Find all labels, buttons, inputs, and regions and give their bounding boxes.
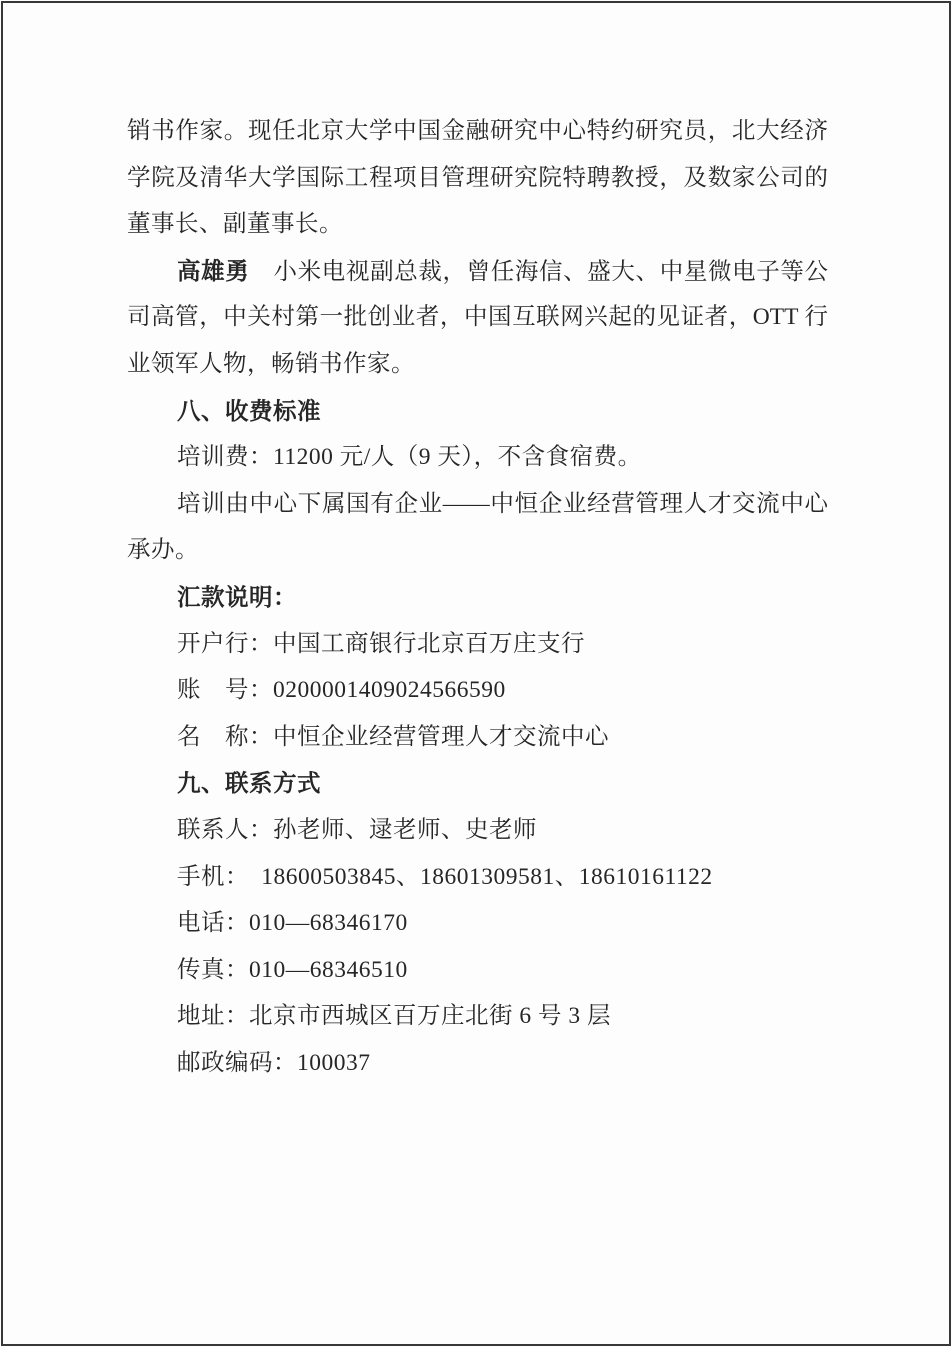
- text-segment: 培训由中心下属国有企业——中恒企业经营管理人才交流中心: [177, 491, 828, 517]
- text-segment: 联系人：孙老师、逯老师、史老师: [177, 817, 537, 843]
- text-line: 邮政编码：100037: [127, 1040, 828, 1087]
- text-line: 高雄勇 小米电视副总裁，曾任海信、盛大、中星微电子等公: [127, 248, 828, 295]
- bold-text-segment: 高雄勇: [177, 258, 249, 284]
- text-line: 汇款说明：: [127, 574, 828, 621]
- text-line: 销书作家。现任北京大学中国金融研究中心特约研究员，北大经济: [127, 108, 828, 155]
- text-segment: 传真：010—68346510: [177, 957, 408, 983]
- text-segment: 销书作家。现任北京大学中国金融研究中心特约研究员，北大经济: [127, 118, 828, 144]
- text-line: 联系人：孙老师、逯老师、史老师: [127, 807, 828, 854]
- text-segment: 董事长、副董事长。: [127, 211, 343, 237]
- text-segment: 司高管，中关村第一批创业者，中国互联网兴起的见证者，OTT 行: [127, 304, 828, 330]
- document-body-text: 销书作家。现任北京大学中国金融研究中心特约研究员，北大经济学院及清华大学国际工程…: [127, 108, 828, 1086]
- text-line: 培训由中心下属国有企业——中恒企业经营管理人才交流中心: [127, 481, 828, 528]
- text-line: 名 称：中恒企业经营管理人才交流中心: [127, 714, 828, 761]
- text-line: 传真：010—68346510: [127, 947, 828, 994]
- text-segment: 地址：北京市西城区百万庄北街 6 号 3 层: [177, 1003, 611, 1029]
- document-page: 销书作家。现任北京大学中国金融研究中心特约研究员，北大经济学院及清华大学国际工程…: [0, 0, 952, 1347]
- text-segment: 承办。: [127, 537, 199, 563]
- text-line: 业领军人物，畅销书作家。: [127, 341, 828, 388]
- text-line: 培训费：11200 元/人（9 天），不含食宿费。: [127, 434, 828, 481]
- text-line: 电话：010—68346170: [127, 900, 828, 947]
- text-segment: 业领军人物，畅销书作家。: [127, 351, 415, 377]
- text-line: 八、收费标准: [127, 388, 828, 435]
- bold-text-segment: 汇款说明：: [177, 584, 297, 610]
- text-segment: 开户行：中国工商银行北京百万庄支行: [177, 631, 585, 657]
- text-line: 开户行：中国工商银行北京百万庄支行: [127, 621, 828, 668]
- text-line: 承办。: [127, 527, 828, 574]
- text-segment: 电话：010—68346170: [177, 910, 408, 936]
- text-line: 账 号：0200001409024566590: [127, 667, 828, 714]
- text-line: 董事长、副董事长。: [127, 201, 828, 248]
- text-segment: 名 称：中恒企业经营管理人才交流中心: [177, 724, 609, 750]
- text-segment: 小米电视副总裁，曾任海信、盛大、中星微电子等公: [249, 259, 828, 285]
- text-line: 九、联系方式: [127, 760, 828, 807]
- bold-text-segment: 九、联系方式: [177, 770, 321, 796]
- text-segment: 培训费：11200 元/人（9 天），不含食宿费。: [177, 444, 642, 470]
- text-line: 学院及清华大学国际工程项目管理研究院特聘教授，及数家公司的: [127, 155, 828, 202]
- text-segment: 账 号：0200001409024566590: [177, 677, 506, 703]
- bold-text-segment: 八、收费标准: [177, 398, 321, 424]
- text-line: 地址：北京市西城区百万庄北街 6 号 3 层: [127, 993, 828, 1040]
- text-line: 司高管，中关村第一批创业者，中国互联网兴起的见证者，OTT 行: [127, 294, 828, 341]
- text-segment: 邮政编码：100037: [177, 1050, 371, 1076]
- text-line: 手机： 18600503845、18601309581、18610161122: [127, 854, 828, 901]
- text-segment: 手机： 18600503845、18601309581、18610161122: [177, 864, 713, 890]
- text-segment: 学院及清华大学国际工程项目管理研究院特聘教授，及数家公司的: [127, 165, 828, 191]
